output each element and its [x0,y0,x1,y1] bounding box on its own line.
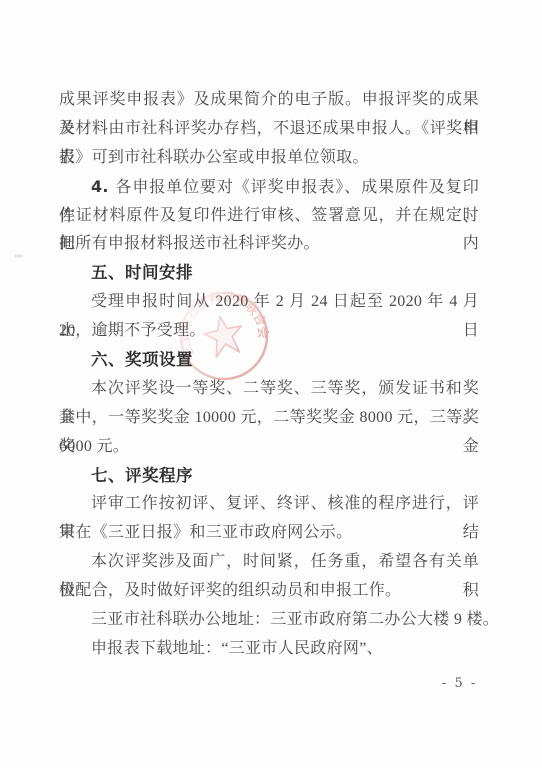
doc-line: 关材料由市社科评奖办存档，不退还成果申报人。《评奖申报 [59,115,479,144]
doc-line: 受理申报时间从 2020 年 2 月 24 日起至 2020 年 4 月 20 … [59,288,479,317]
scan-artifact [14,254,23,258]
document-body: 成果评奖申报表》及成果简介的电子版。申报评奖的成果及相 关材料由市社科评奖办存档… [59,86,479,664]
doc-line: 4.各申报单位要对《评奖申报表》、成果原件及复印件、 [59,173,479,202]
download-address-line: 申报表下载地址：“三亚市人民政府网”、 [59,635,479,664]
doc-line: 佐证材料原件及复印件进行审核、签署意见，并在规定时间内 [59,202,479,231]
doc-line: 评审工作按初评、复评、终评、核准的程序进行，评审结 [59,490,479,519]
doc-line: 成果评奖申报表》及成果简介的电子版。申报评奖的成果及相 [59,86,479,115]
section-heading-time: 五、时间安排 [59,259,479,288]
office-address-line: 三亚市社科联办公地址：三亚市政府第二办公大楼 9 楼。 [59,606,479,635]
page-number: - 5 - [442,676,477,691]
section-heading-awards: 六、奖项设置 [59,346,479,375]
list-item-number: 4. [91,177,109,196]
doc-line: 本次评奖设一等奖、二等奖、三等奖，颁发证书和奖金。 [59,375,479,404]
section-heading-procedure: 七、评奖程序 [59,462,479,491]
document-page: 成果评奖申报表》及成果简介的电子版。申报评奖的成果及相 关材料由市社科评奖办存档… [0,0,542,768]
doc-line: 表》可到市社科联办公室或申报单位领取。 [59,144,479,173]
doc-line: 本次评奖涉及面广，时间紧，任务重，希望各有关单位积 [59,548,479,577]
doc-line: 其中，一等奖奖金 10000 元，二等奖奖金 8000 元，三等奖奖金 [59,404,479,433]
